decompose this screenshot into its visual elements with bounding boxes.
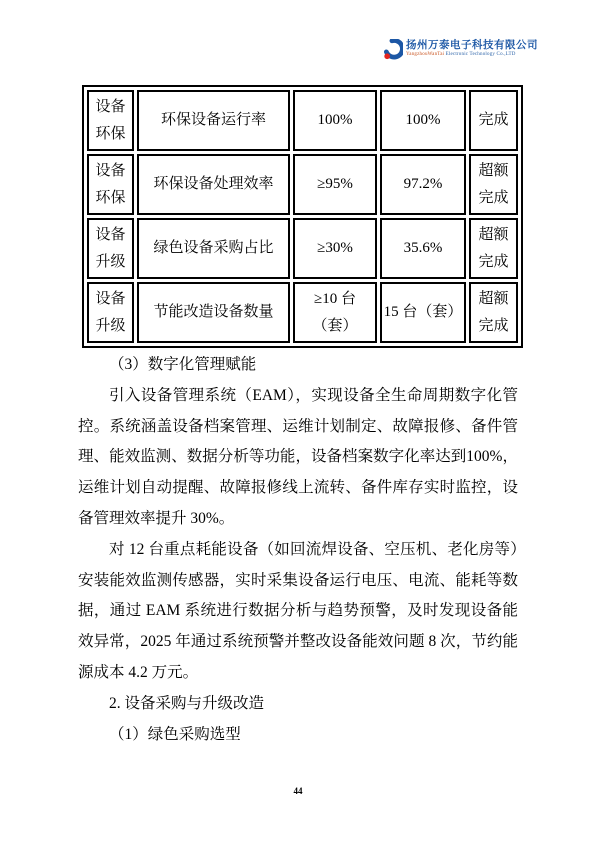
cell-indicator: 环保设备处理效率	[137, 154, 290, 215]
cell-actual: 35.6%	[380, 218, 466, 279]
cell-category: 设备升级	[87, 282, 134, 343]
cell-target: ≥95%	[293, 154, 377, 215]
company-name-en-right: Electronic Technology Co.,LTD	[446, 52, 516, 57]
cell-category: 设备环保	[87, 154, 134, 215]
document-page: 扬州万泰电子科技有限公司 YangzhouWanTai Electronic T…	[0, 0, 596, 842]
body-content: （3）数字化管理赋能 引入设备管理系统（EAM），实现设备全生命周期数字化管控。…	[78, 350, 518, 750]
table-row: 设备环保 环保设备运行率 100% 100% 完成	[87, 90, 518, 151]
cell-indicator: 节能改造设备数量	[137, 282, 290, 343]
cell-indicator: 绿色设备采购占比	[137, 218, 290, 279]
page-footer: 44	[0, 786, 596, 796]
company-logo-text: 扬州万泰电子科技有限公司 YangzhouWanTai Electronic T…	[406, 39, 538, 58]
table-row: 设备升级 节能改造设备数量 ≥10 台（套） 15 台（套） 超额完成	[87, 282, 518, 343]
company-name-cn: 扬州万泰电子科技有限公司	[406, 39, 538, 52]
cell-status: 超额完成	[469, 218, 518, 279]
subsection-heading-digital: （3）数字化管理赋能	[78, 350, 518, 381]
cell-target: 100%	[293, 90, 377, 151]
paragraph-energy-monitor: 对 12 台重点耗能设备（如回流焊设备、空压机、老化房等）安装能效监测传感器，实…	[78, 535, 518, 689]
cell-actual: 97.2%	[380, 154, 466, 215]
cell-target: ≥30%	[293, 218, 377, 279]
table-row: 设备环保 环保设备处理效率 ≥95% 97.2% 超额完成	[87, 154, 518, 215]
cell-indicator: 环保设备运行率	[137, 90, 290, 151]
section-heading-procurement: 2. 设备采购与升级改造	[78, 689, 518, 720]
cell-target: ≥10 台（套）	[293, 282, 377, 343]
cell-status: 超额完成	[469, 154, 518, 215]
cell-category: 设备升级	[87, 218, 134, 279]
kpi-table-body: 设备环保 环保设备运行率 100% 100% 完成 设备环保 环保设备处理效率 …	[87, 90, 518, 343]
cell-status: 超额完成	[469, 282, 518, 343]
company-logo-icon	[384, 39, 403, 60]
kpi-table: 设备环保 环保设备运行率 100% 100% 完成 设备环保 环保设备处理效率 …	[82, 85, 523, 348]
company-name-en: YangzhouWanTai Electronic Technology Co.…	[406, 52, 538, 58]
company-logo: 扬州万泰电子科技有限公司 YangzhouWanTai Electronic T…	[384, 39, 524, 60]
cell-status: 完成	[469, 90, 518, 151]
cell-category: 设备环保	[87, 90, 134, 151]
table-row: 设备升级 绿色设备采购占比 ≥30% 35.6% 超额完成	[87, 218, 518, 279]
page-number: 44	[294, 786, 303, 796]
paragraph-eam-system: 引入设备管理系统（EAM），实现设备全生命周期数字化管控。系统涵盖设备档案管理、…	[78, 381, 518, 535]
cell-actual: 15 台（套）	[380, 282, 466, 343]
company-name-en-left: YangzhouWanTai	[406, 52, 446, 57]
cell-actual: 100%	[380, 90, 466, 151]
subsection-heading-green-procurement: （1）绿色采购选型	[78, 720, 518, 751]
